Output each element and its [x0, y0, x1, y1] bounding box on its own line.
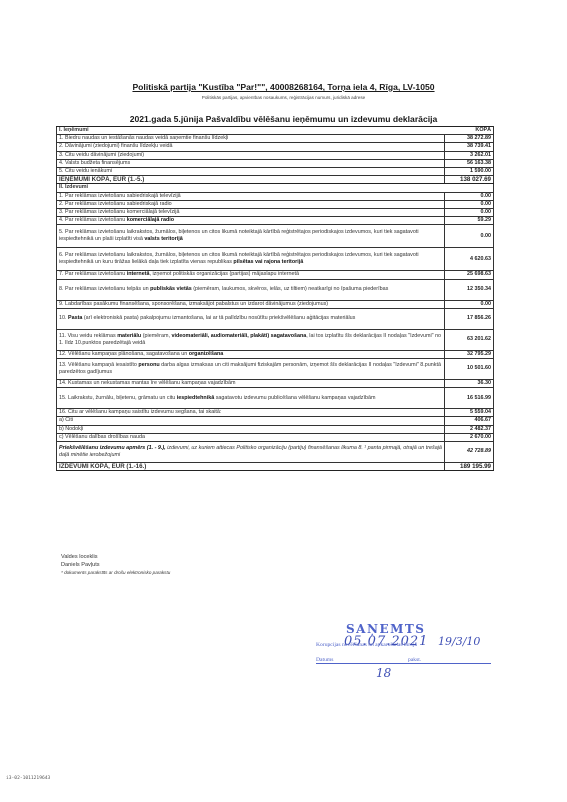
row-value: 1 590.00 [445, 168, 494, 176]
income-total-row: IEŅĒMUMI KOPĀ, EUR (1.-5.)138 027.69 [57, 176, 494, 184]
declaration-table: I. Ieņēmumi KOPĀ 1. Biedru naudas un ies… [56, 126, 494, 471]
row-value: 17 856.26 [445, 308, 494, 329]
row-label: 9. Labdarības pasākumu finansēšana, spon… [57, 300, 445, 308]
income-row: 5. Citu veidu ienākumi1 590.00 [57, 168, 494, 176]
row-label: 8. Par reklāmas izvietošanu telpās un pu… [57, 279, 445, 300]
row-value: 5 559.04 [445, 409, 494, 417]
pre-election-row: Priekšvēlēšanu izdevumu apmērs (1. - 9.)… [57, 442, 494, 463]
row-label-part: 8. Par reklāmas izvietošanu telpās un [59, 286, 150, 292]
handwritten-reference: 19/3/10 [438, 635, 480, 648]
expense-row: 16. Citu ar vēlēšanu kampaņu saistītu iz… [57, 409, 494, 417]
row-label-part: 11. Visu veidu reklāmas [59, 333, 117, 339]
row-label-part: 5. Par reklāmas izvietošanu laikrakstos,… [59, 229, 419, 242]
row-label-part: , izņemot politiskās organizācijas (part… [149, 271, 299, 277]
row-value: 36.30 [445, 380, 494, 388]
row-label: 3. Citu veidu dāvinājumi (ziedojumi) [57, 151, 445, 159]
expense-row: 8. Par reklāmas izvietošanu telpās un pu… [57, 279, 494, 300]
row-label: 5. Par reklāmas izvietošanu laikrakstos,… [57, 225, 445, 248]
expense-row: 11. Visu veidu reklāmas materiālu (piemē… [57, 329, 494, 350]
row-label-part: publiskās vietās [150, 286, 192, 292]
signature-note: * dokuments parakstīts ar drošu elektron… [61, 569, 170, 577]
income-row: 3. Citu veidu dāvinājumi (ziedojumi)3 26… [57, 151, 494, 159]
row-value: 32 795.29 [445, 350, 494, 358]
row-label-part: materiālu [117, 333, 141, 339]
row-label: 11. Visu veidu reklāmas materiālu (piemē… [57, 329, 445, 350]
row-label-part: 7. Par reklāmas izvietošanu [59, 271, 127, 277]
row-label: 2. Dāvinājumi (ziedojumi) finanšu līdzek… [57, 143, 445, 151]
row-value: 56 163.38 [445, 159, 494, 167]
row-label: 2. Par reklāmas izvietošanu sabiedriskaj… [57, 200, 445, 208]
expense-row: 5. Par reklāmas izvietošanu laikrakstos,… [57, 225, 494, 248]
row-label: 16. Citu ar vēlēšanu kampaņu saistītu iz… [57, 409, 445, 417]
row-label-part: Priekšvēlēšanu izdevumu apmērs (1. - 9.)… [59, 445, 166, 451]
row-label: 4. Par reklāmas izvietošanu komerciālajā… [57, 217, 445, 225]
party-identification: Politiskā partija "Kustība "Par!"", 4000… [0, 82, 567, 92]
income-row: 4. Valsts budžeta finansējums56 163.38 [57, 159, 494, 167]
expense-row: a) Citi406.67 [57, 417, 494, 425]
row-label-part: (piemēram, [141, 333, 171, 339]
document-title: 2021.gada 5.jūnija Pašvaldību vēlēšanu i… [0, 114, 567, 124]
row-label: c) Vēlēšanu dalības drošības nauda [57, 433, 445, 441]
row-value: 16 516.99 [445, 388, 494, 409]
row-label: b) Nodokļi [57, 425, 445, 433]
expense-section-label: II. Izdevumi [57, 184, 445, 192]
expense-row: 4. Par reklāmas izvietošanu komerciālajā… [57, 217, 494, 225]
row-label: 15. Laikrakstu, žurnālu, biļetenu, grāma… [57, 388, 445, 409]
row-value: 25 698.63 [445, 271, 494, 279]
row-value: 3 262.01 [445, 151, 494, 159]
row-label: 6. Par reklāmas izvietošanu laikrakstos,… [57, 248, 445, 271]
expense-section-blank [445, 184, 494, 192]
row-value: 38 272.89 [445, 135, 494, 143]
row-value: 4 620.63 [445, 248, 494, 271]
signature-block: Valdes loceklis Daniels Pavļuts * dokume… [61, 553, 170, 577]
row-label: 1. Biedru naudas un iestāšanās naudas ve… [57, 135, 445, 143]
income-row: 2. Dāvinājumi (ziedojumi) finanšu līdzek… [57, 143, 494, 151]
handwritten-pages: 18 [376, 666, 391, 680]
row-value: 10 501.60 [445, 359, 494, 380]
row-value: 2 670.00 [445, 433, 494, 441]
expense-row: 1. Par reklāmas izvietošanu sabiedriskaj… [57, 192, 494, 200]
signatory-position: Valdes loceklis [61, 553, 170, 561]
row-label-part: 15. Laikrakstu, žurnālu, biļetenu, grāma… [59, 395, 177, 401]
row-label-part: komerciālajā radio [127, 217, 174, 223]
row-value: 138 027.69 [445, 176, 494, 184]
row-label-part: videomateriāli, audiomateriāli, plakāti)… [171, 333, 306, 339]
row-label: a) Citi [57, 417, 445, 425]
row-label-part: (piemēram, laukumos, skvēros, ielās, uz … [192, 286, 389, 292]
row-label: IZDEVUMI KOPĀ, EUR (1.-16.) [57, 463, 445, 471]
row-value: 189 195.99 [445, 463, 494, 471]
expense-total-row: IZDEVUMI KOPĀ, EUR (1.-16.)189 195.99 [57, 463, 494, 471]
row-value: 63 201.62 [445, 329, 494, 350]
expense-section-header: II. Izdevumi [57, 184, 494, 192]
row-label: 13. Vēlēšanu kampaņā iesaistīto personu … [57, 359, 445, 380]
row-value: 0.00 [445, 200, 494, 208]
row-label-part: pilsētas vai rajona teritorijā [233, 259, 303, 265]
expense-row: 6. Par reklāmas izvietošanu laikrakstos,… [57, 248, 494, 271]
row-value: 0.00 [445, 300, 494, 308]
row-value: 59.29 [445, 217, 494, 225]
row-label-part: 13. Vēlēšanu kampaņā iesaistīto [59, 362, 138, 368]
row-label-part: personu [138, 362, 159, 368]
row-label-part: organizēšana [189, 351, 223, 357]
expense-row: 10. Pasta (arī elektroniskā pasta) pakal… [57, 308, 494, 329]
row-label-part: (arī elektroniskā pasta) pakalpojumu izm… [82, 315, 355, 321]
row-label: 12. Vēlēšanu kampaņas plānošana, sagatav… [57, 350, 445, 358]
row-label: 7. Par reklāmas izvietošanu internetā, i… [57, 271, 445, 279]
row-value: 0.00 [445, 225, 494, 248]
expense-row: 7. Par reklāmas izvietošanu internetā, i… [57, 271, 494, 279]
row-label: 1. Par reklāmas izvietošanu sabiedriskaj… [57, 192, 445, 200]
row-label-part: iespiedtehnikā [177, 395, 214, 401]
income-section-header: I. Ieņēmumi KOPĀ [57, 127, 494, 135]
document-id: i3-02-1011219643 [6, 776, 50, 781]
row-label: 3. Par reklāmas izvietošanu komerciālajā… [57, 209, 445, 217]
expense-row: 9. Labdarības pasākumu finansēšana, spon… [57, 300, 494, 308]
expense-row: 12. Vēlēšanu kampaņas plānošana, sagatav… [57, 350, 494, 358]
row-label: 14. Kustamas un nekustamas mantas īre vē… [57, 380, 445, 388]
expense-row: 15. Laikrakstu, žurnālu, biļetenu, grāma… [57, 388, 494, 409]
expense-row: 2. Par reklāmas izvietošanu sabiedriskaj… [57, 200, 494, 208]
signatory-name: Daniels Pavļuts [61, 561, 170, 569]
expense-row: 14. Kustamas un nekustamas mantas īre vē… [57, 380, 494, 388]
expense-row: 13. Vēlēšanu kampaņā iesaistīto personu … [57, 359, 494, 380]
expense-row: 3. Par reklāmas izvietošanu komerciālajā… [57, 209, 494, 217]
row-value: 2 482.37 [445, 425, 494, 433]
row-label-part: Pasta [68, 315, 82, 321]
income-section-label: I. Ieņēmumi [57, 127, 445, 135]
row-label-part: valsts teritorijā [144, 236, 182, 242]
stamp-date-line: Datums pakst. [316, 657, 491, 664]
row-label: 4. Valsts budžeta finansējums [57, 159, 445, 167]
row-label-part: sagatavotu izdevumu publicēšana vēlēšanu… [214, 395, 375, 401]
row-value: 406.67 [445, 417, 494, 425]
handwritten-date: 05.07.2021 [344, 634, 428, 649]
row-label: 10. Pasta (arī elektroniskā pasta) pakal… [57, 308, 445, 329]
expense-row: b) Nodokļi2 482.37 [57, 425, 494, 433]
stamp-date-label: Datums [316, 657, 333, 663]
row-value: 42 728.89 [445, 442, 494, 463]
row-label-part: 10. [59, 315, 68, 321]
stamp-pakst-label: pakst. [408, 657, 421, 663]
row-label-part: 4. Par reklāmas izvietošanu [59, 217, 127, 223]
row-label: Priekšvēlēšanu izdevumu apmērs (1. - 9.)… [57, 442, 445, 463]
row-label-part: 12. Vēlēšanu kampaņas plānošana, sagatav… [59, 351, 189, 357]
column-header-total: KOPĀ [445, 127, 494, 135]
row-label-part: internetā [127, 271, 150, 277]
row-label: 5. Citu veidu ienākumi [57, 168, 445, 176]
income-row: 1. Biedru naudas un iestāšanās naudas ve… [57, 135, 494, 143]
row-value: 0.00 [445, 192, 494, 200]
row-value: 0.00 [445, 209, 494, 217]
row-label: IEŅĒMUMI KOPĀ, EUR (1.-5.) [57, 176, 445, 184]
expense-row: c) Vēlēšanu dalības drošības nauda2 670.… [57, 433, 494, 441]
row-value: 38 739.41 [445, 143, 494, 151]
party-caption: Politiskās partijas, apvienības nosaukum… [0, 95, 567, 100]
row-value: 12 350.34 [445, 279, 494, 300]
received-stamp: SAŅEMTS Korupcijas novēršanas un apkaroš… [316, 622, 516, 702]
